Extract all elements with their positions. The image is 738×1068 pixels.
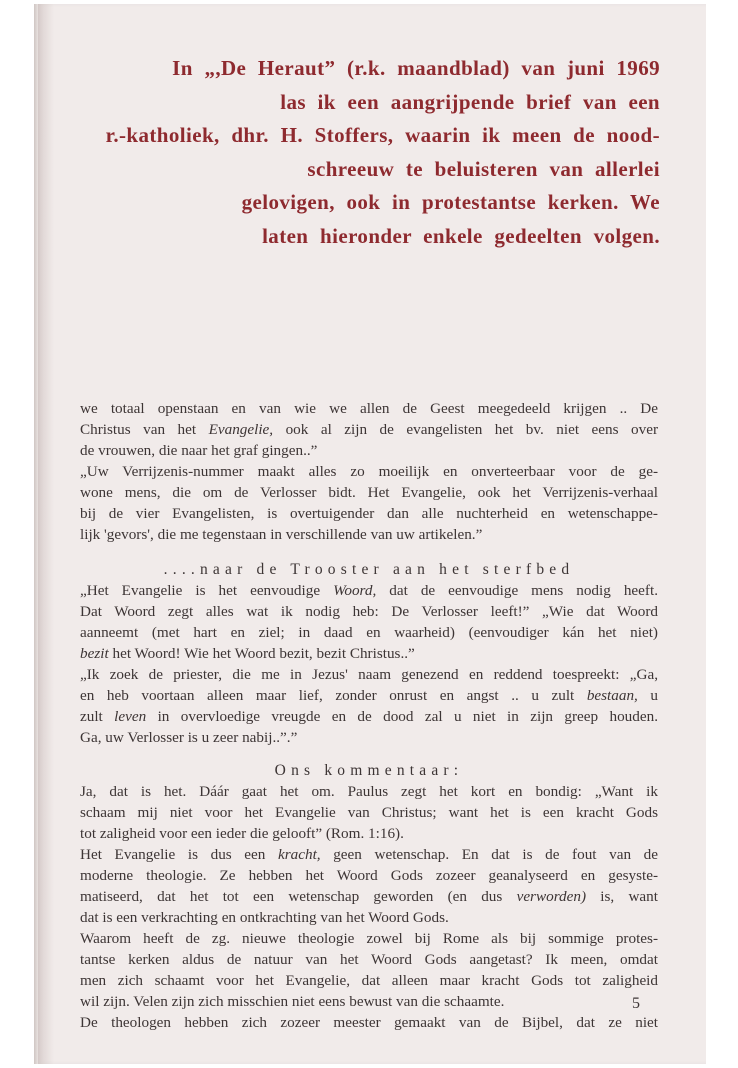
text-line: Waarom heeft de zg. nieuwe theologie zow…: [80, 928, 658, 949]
italic-emphasis: Woord,: [333, 582, 376, 599]
intro-heading: In „,De Heraut” (r.k. maandblad) van jun…: [104, 52, 660, 253]
text-line: wil zijn. Velen zijn zich misschien niet…: [80, 991, 658, 1012]
text-line: tantse kerken aldus de natuur van het Wo…: [80, 949, 658, 970]
text-line: aanneemt (met hart en ziel; in daad en w…: [80, 622, 658, 643]
page-number: 5: [632, 995, 640, 1013]
intro-line: r.-katholiek, dhr. H. Stoffers, waarin i…: [104, 119, 660, 153]
text-line: de vrouwen, die naar het graf gingen..”: [80, 440, 658, 461]
text-line: „Ik zoek de priester, die me in Jezus' n…: [80, 664, 658, 685]
text-line: „Het Evangelie is het eenvoudige Woord, …: [80, 580, 658, 601]
italic-emphasis: Evangelie,: [209, 421, 274, 438]
text-line: bij de vier Evangelisten, is overtuigend…: [80, 503, 658, 524]
text-line: wone mens, die om de Verlosser bidt. Het…: [80, 482, 658, 503]
text-line: matiseerd, dat het tot een wetenschap ge…: [80, 886, 658, 907]
section-subheading: Ons kommentaar:: [80, 760, 658, 781]
italic-emphasis: kracht,: [278, 846, 321, 863]
intro-line: las ik een aangrijpende brief van een: [104, 86, 660, 120]
italic-emphasis: verworden): [517, 888, 586, 905]
intro-line: laten hieronder enkele gedeelten volgen.: [104, 220, 660, 254]
text-line: men zich schaamt voor het Evangelie, dat…: [80, 970, 658, 991]
text-line: Christus van het Evangelie, ook al zijn …: [80, 419, 658, 440]
text-line: zult leven in overvloedige vreugde en de…: [80, 706, 658, 727]
text-line: Dat Woord zegt alles wat ik nodig heb: D…: [80, 601, 658, 622]
text-line: moderne theologie. Ze hebben het Woord G…: [80, 865, 658, 886]
intro-line: gelovigen, ook in protestantse kerken. W…: [104, 186, 660, 220]
text-line: „Uw Verrijzenis-nummer maakt alles zo mo…: [80, 461, 658, 482]
text-line: dat is een verkrachting en ontkrachting …: [80, 907, 658, 928]
italic-emphasis: bezit: [80, 645, 109, 662]
italic-emphasis: bestaan,: [587, 687, 638, 704]
article-body: we totaal openstaan en van wie we allen …: [80, 398, 658, 1033]
letter-excerpt-2: „Het Evangelie is het eenvoudige Woord, …: [80, 580, 658, 748]
section-subheading: ....naar de Trooster aan het sterfbed: [80, 559, 658, 580]
text-line: schaam mij niet voor het Evangelie van C…: [80, 802, 658, 823]
text-line: Ga, uw Verlosser is u zeer nabij..”.”: [80, 727, 658, 748]
letter-excerpt-1: we totaal openstaan en van wie we allen …: [80, 398, 658, 545]
spine-shadow: [38, 4, 54, 1064]
text-line: lijk 'gevors', die me tegenstaan in vers…: [80, 524, 658, 545]
text-line: Ja, dat is het. Dáár gaat het om. Paulus…: [80, 781, 658, 802]
text-line: en heb voortaan alleen maar lief, zonder…: [80, 685, 658, 706]
text-line: De theologen hebben zich zozeer meester …: [80, 1012, 658, 1033]
text-line: we totaal openstaan en van wie we allen …: [80, 398, 658, 419]
text-line: bezit het Woord! Wie het Woord bezit, be…: [80, 643, 658, 664]
text-line: tot zaligheid voor een ieder die gelooft…: [80, 823, 658, 844]
italic-emphasis: leven: [114, 708, 146, 725]
intro-line: schreeuw te beluisteren van allerlei: [104, 153, 660, 187]
text-line: Het Evangelie is dus een kracht, geen we…: [80, 844, 658, 865]
intro-line: In „,De Heraut” (r.k. maandblad) van jun…: [104, 52, 660, 86]
commentary: Ja, dat is het. Dáár gaat het om. Paulus…: [80, 781, 658, 1033]
